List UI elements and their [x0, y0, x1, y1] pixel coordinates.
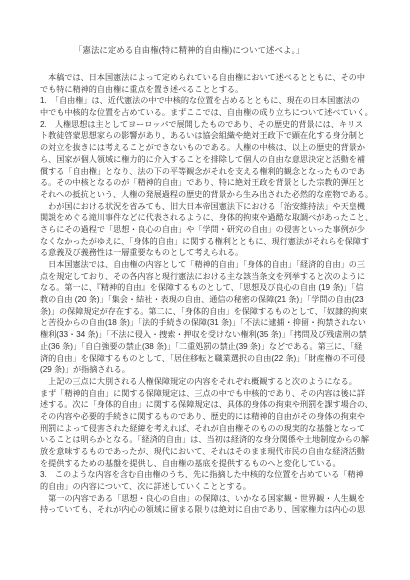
text-line: の対立を抜きには考えることができないものである。人権の中核は、以上の歴史的背景か — [40, 142, 374, 154]
text-line: 上記の三点に大別される人権保障規定の内容をそれぞれ概観すると次のようになる。 — [40, 376, 374, 388]
text-line: なる。第一に、『精神的自由』を保障するものとして、「思想及び良心の自由 (19 … — [40, 282, 374, 294]
text-line: を提供するための基盤を提供し、自由権の基底を提供するものへと変化している。 — [40, 458, 374, 470]
text-line: 3. このような内容を含む自由権のうち、先に指摘した中核的な位置を占めている「精… — [40, 469, 374, 481]
text-line: 償する「自由権」となり、法の下の平等観念がそれを支える権利的観念となったものであ — [40, 166, 374, 178]
text-line: 関説をめぐる滝川事件などに代表されるように、身体的拘束や過酷な取調べがあったこと… — [40, 212, 374, 224]
text-line: まず「精神的自由」に関する保障規定は、三点の中でも中核的であり、その内容は後に詳 — [40, 388, 374, 400]
text-line: 日本国憲法では、自由権の内容として「精神的自由」「身体的自由」「経済的自由」の三 — [40, 259, 374, 271]
text-line: 本稿では、日本国憲法によって定められている自由権において述べるとともに、その中 — [40, 72, 374, 84]
text-line: いることは明らかとなる。「経済的自由」は、当初は経済的な身分関係や土地制度からの… — [40, 434, 374, 446]
text-line: ト教徒啓蒙思想家らの影響があり、あるいは協会組織や絶対王政下で顕在化する身分制と — [40, 130, 374, 142]
text-line: 点を規定しており、その各内容と現行憲法における主な該当条文を列挙すると次のように — [40, 271, 374, 283]
text-line: (29 条)」が指摘される。 — [40, 364, 374, 376]
text-line: それへの抵抗という、人権の発展過程の歴史的背景から生み出された必然的な産物である… — [40, 189, 374, 201]
text-line: なくなかったがゆえに、「身体的自由」に関する権利とともに、現行憲法がそれらを保障… — [40, 236, 374, 248]
document-body: 本稿では、日本国憲法によって定められている自由権において述べるとともに、その中で… — [40, 72, 374, 516]
text-line: でも特に精神的自由権に重点を置き述べることとする。 — [40, 84, 374, 96]
document-title: 「憲法に定める自由権(特に精神的自由権)について述べよ。」 — [40, 44, 374, 56]
text-line: 条)」の保障規定が存在する。第二に、「身体的自由」を保障するものとして、「奴隷的… — [40, 306, 374, 318]
text-line: と苦役からの自由(18 条)」「法的手続きの保障(31 条)」「不法に逮捕・抑留… — [40, 317, 374, 329]
text-line: 教の自由 (20 条)」「集会・結社・表現の自由、通信の秘密の保障(21 条)」… — [40, 294, 374, 306]
text-line: 権利(33・34 条)」「不法に侵入・捜索・押収を受けない権利(35 条)」「拷… — [40, 329, 374, 341]
text-line: る。その中核となるのが「精神的自由」であり、特に絶対王政を背景とした宗教的弾圧と — [40, 177, 374, 189]
text-line: 刑罰によって侵害された経緯を考えれば、それが自由権そのものの現実的な基盤となって — [40, 423, 374, 435]
text-line: 2. 人権思想は主としてヨーロッパで展開したものであり、その歴史的背景には、キリ… — [40, 119, 374, 131]
text-line: わが国における状況を省みても、旧大日本帝国憲法下における「治安維持法」や天皇機 — [40, 201, 374, 213]
text-line: 1. 「自由権」は、近代憲法の中で中核的な位置を占めるとともに、現在の日本国憲法… — [40, 95, 374, 107]
text-line: 的自由」の内容について、次に詳述していくこととする。 — [40, 481, 374, 493]
text-line: 止(36 条)」「自白強要の禁止(38 条)」「二重処罰の禁止(39 条)」など… — [40, 341, 374, 353]
text-line: 述する。次に「身体的自由」に関する保障規定は、具体的身体の拘束や刑罰を課す場合の… — [40, 399, 374, 411]
text-line: その内容や必要的手続きに関するものであり、歴史的には精神的自由がその身体の拘束や — [40, 411, 374, 423]
text-line: 放を意味するものであったが、現代において、それはそのまま現代市民の自由な経済活動 — [40, 446, 374, 458]
text-line: さらにその過程で「思想・良心の自由」や「学問・研究の自由」の侵害といった事例が少 — [40, 224, 374, 236]
document-page: 「憲法に定める自由権(特に精神的自由権)について述べよ。」 本稿では、日本国憲法… — [0, 0, 410, 580]
text-line: 済的自由」を保障するものとして、「居住移転と職業選択の自由(22 条)」「財産権… — [40, 353, 374, 365]
text-line: 持っていても、それが内心の領域に留まる限りは絶対に自由であり、国家権力は内心の思 — [40, 504, 374, 516]
text-line: 第一の内容である「思想・良心の自由」の保障は、いかなる国家観・世界観・人生観を — [40, 493, 374, 505]
text-line: ら、国家が個人領域に権力的に介入することを排除して個人の自由な意思決定と活動を補 — [40, 154, 374, 166]
text-line: 中でも中核的な位置を占めている。まずここでは、自由権の成り立ちについて述べていく… — [40, 107, 374, 119]
text-line: る意義及び義務性は一層重要なものとして考えられる。 — [40, 247, 374, 259]
